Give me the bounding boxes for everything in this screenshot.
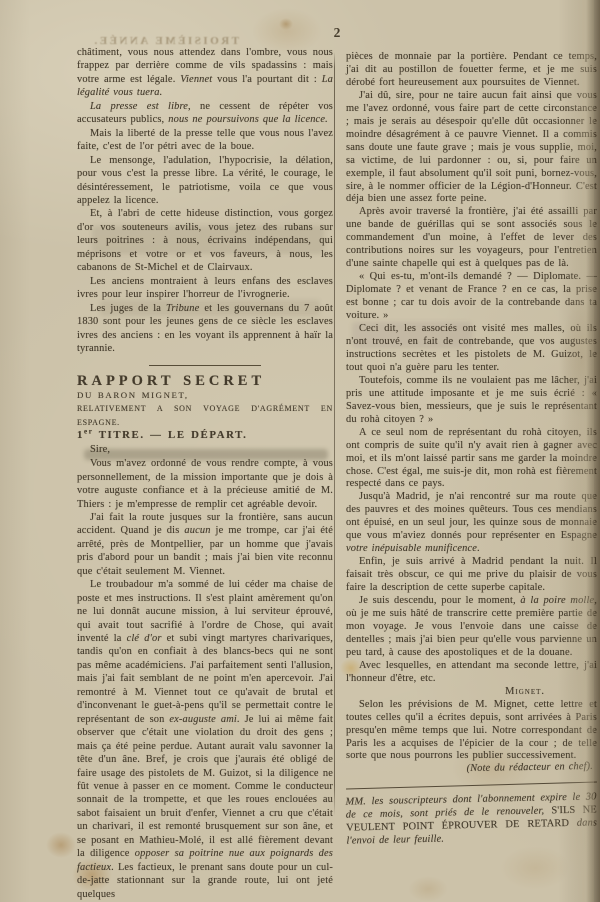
section-chapter-heading: 1er TITRE. — LE DÉPART. (77, 429, 333, 442)
paragraph: Vous m'avez ordonné de vous rendre compt… (77, 457, 333, 511)
section-subtitle: RELATIVEMENT A SON VOYAGE D'AGRÉMENT EN … (77, 402, 333, 429)
letter-signature: Mignet. (346, 686, 597, 699)
subscriber-notice: MM. les souscripteurs dont l'abonnement … (345, 792, 597, 849)
right-column: pièces de monnaie par la portière. Penda… (346, 51, 597, 846)
paragraph: Les juges de la Tribune et les gouvernan… (77, 302, 333, 356)
section-title: RAPPORT SECRET (77, 375, 333, 388)
paragraph: Et, à l'abri de cette hideuse distinctio… (77, 207, 333, 274)
scanned-newspaper-page: TROISIÈME ANNÉE. 2 châtiment, vous nous … (0, 0, 600, 902)
paragraph: Je suis descendu, pour le moment, à la p… (346, 595, 597, 660)
paragraph: Jusqu'à Madrid, je n'ai rencontré sur ma… (346, 491, 597, 556)
paragraph: J'ai fait la route jusques sur la fronti… (77, 511, 333, 578)
column-divider-rule (334, 52, 335, 816)
paragraph: J'ai dû, sire, pour ne taire aucun fait … (346, 90, 597, 207)
paragraph: Avec lesquelles, en attendant ma seconde… (346, 660, 597, 686)
paragraph: Les anciens montraient à leurs enfans de… (77, 275, 333, 302)
paragraph: La presse est libre, ne cessent de répét… (77, 100, 333, 127)
paragraph: Toutefois, comme ils ne voulaient pas me… (346, 375, 597, 427)
paragraph: Après avoir traversé la frontière, j'ai … (346, 206, 597, 271)
section-byline: DU BARON MIGNET, (77, 389, 333, 402)
foxing-stain (46, 832, 76, 858)
foxing-stain (408, 876, 448, 902)
page-number: 2 (76, 25, 598, 41)
section-rule (149, 365, 261, 366)
paragraph: A ce seul nom de représentant du rohà ci… (346, 427, 597, 492)
paragraph: Mais la liberté de la presse telle que v… (77, 127, 333, 154)
paragraph: Enfin, je suis arrivé à Madrid pendant l… (346, 556, 597, 595)
left-column: châtiment, vous nous attendez dans l'omb… (77, 46, 333, 901)
foxing-stain (500, 846, 570, 890)
paragraph: « Qui es-tu, m'ont-ils demandé ? — Diplo… (346, 271, 597, 323)
paragraph: châtiment, vous nous attendez dans l'omb… (77, 46, 333, 100)
paragraph: Le mensonge, l'adulation, l'hypocrisie, … (77, 154, 333, 208)
paragraph: Le troubadour m'a sommé de lui céder ma … (77, 578, 333, 901)
editor-note-paragraph: Selon les prévisions de M. Mignet, cette… (346, 699, 597, 764)
salutation: Sire, (77, 443, 333, 456)
paragraph: Ceci dit, les associés ont visité mes ma… (346, 323, 597, 375)
footer-rule (346, 782, 597, 790)
editor-note-attribution: (Note du rédacteur en chef). (346, 761, 597, 778)
paragraph: pièces de monnaie par la portière. Penda… (346, 51, 597, 90)
